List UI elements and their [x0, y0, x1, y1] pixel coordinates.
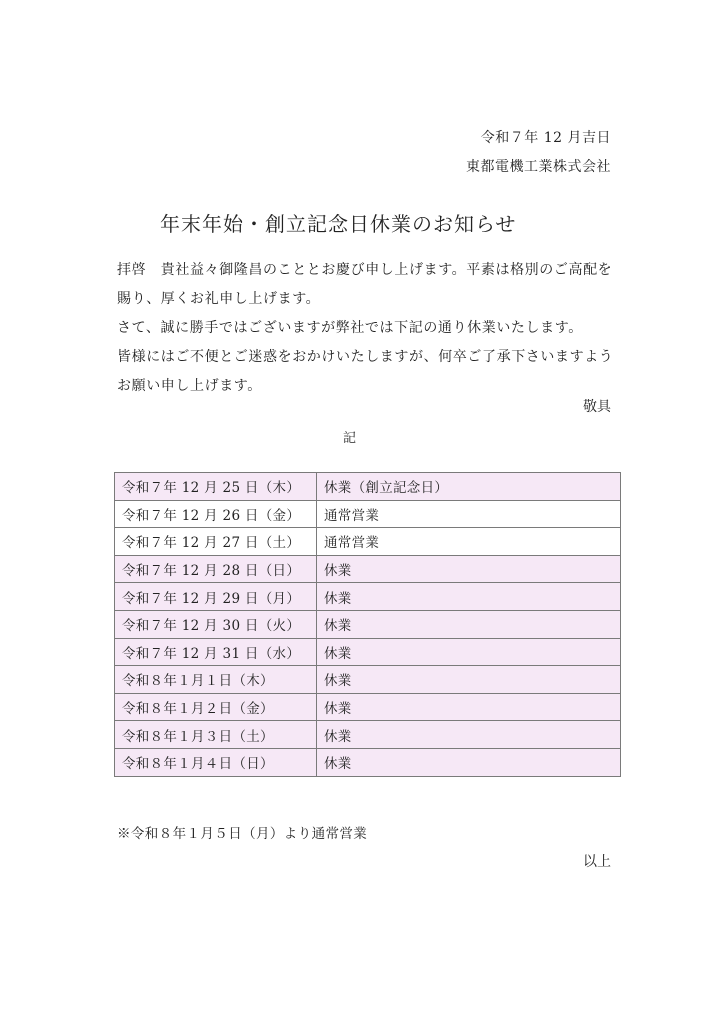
date-cell: 令和８年１月３日（土） — [115, 721, 317, 749]
table-row: 令和７年 12 月 27 日（土） 通常営業 — [115, 528, 621, 556]
issue-date: 令和７年 12 月吉日 — [481, 127, 611, 147]
status-cell: 休業 — [317, 555, 621, 583]
holiday-schedule-table: 令和７年 12 月 25 日（木） 休業（創立記念日） 令和７年 12 月 26… — [114, 472, 621, 777]
company-name: 東都電機工業株式会社 — [466, 156, 611, 176]
body-line: お願い申し上げます。 — [117, 372, 617, 401]
body-line: 皆様にはご不便とご迷惑をおかけいたしますが、何卒ご了承下さいますよう — [117, 343, 617, 372]
date-cell: 令和７年 12 月 30 日（火） — [115, 610, 317, 638]
date-cell: 令和７年 12 月 27 日（土） — [115, 528, 317, 556]
date-cell: 令和８年１月４日（日） — [115, 748, 317, 776]
date-cell: 令和７年 12 月 31 日（水） — [115, 638, 317, 666]
table-row: 令和７年 12 月 29 日（月） 休業 — [115, 583, 621, 611]
status-cell: 休業 — [317, 693, 621, 721]
table-row: 令和８年１月３日（土） 休業 — [115, 721, 621, 749]
body-line: 拝啓 貴社益々御隆昌のこととお慶び申し上げます。平素は格別のご高配を — [117, 256, 617, 285]
table-row: 令和８年１月１日（木） 休業 — [115, 666, 621, 694]
body-line: さて、誠に勝手ではございますが弊社では下記の通り休業いたします。 — [117, 314, 617, 343]
date-cell: 令和８年１月２日（金） — [115, 693, 317, 721]
table-row: 令和７年 12 月 25 日（木） 休業（創立記念日） — [115, 473, 621, 501]
table-row: 令和７年 12 月 30 日（火） 休業 — [115, 610, 621, 638]
status-cell: 休業 — [317, 666, 621, 694]
closing-keigu: 敬具 — [583, 396, 611, 416]
status-cell: 休業（創立記念日） — [317, 473, 621, 501]
status-cell: 休業 — [317, 748, 621, 776]
table-row: 令和７年 12 月 26 日（金） 通常営業 — [115, 500, 621, 528]
status-cell: 休業 — [317, 583, 621, 611]
greeting-body: 拝啓 貴社益々御隆昌のこととお慶び申し上げます。平素は格別のご高配を 賜り、厚く… — [117, 256, 617, 401]
closing-ijou: 以上 — [583, 851, 611, 871]
status-cell: 休業 — [317, 610, 621, 638]
date-cell: 令和７年 12 月 25 日（木） — [115, 473, 317, 501]
resume-note: ※令和８年１月５日（月）より通常営業 — [117, 822, 367, 842]
table-row: 令和８年１月２日（金） 休業 — [115, 693, 621, 721]
status-cell: 休業 — [317, 721, 621, 749]
status-cell: 通常営業 — [317, 500, 621, 528]
date-cell: 令和７年 12 月 28 日（日） — [115, 555, 317, 583]
status-cell: 休業 — [317, 638, 621, 666]
page-title: 年末年始・創立記念日休業のお知らせ — [160, 208, 516, 237]
ki-heading: 記 — [343, 427, 356, 446]
table-row: 令和７年 12 月 28 日（日） 休業 — [115, 555, 621, 583]
table-row: 令和８年１月４日（日） 休業 — [115, 748, 621, 776]
date-cell: 令和７年 12 月 26 日（金） — [115, 500, 317, 528]
date-cell: 令和８年１月１日（木） — [115, 666, 317, 694]
table-row: 令和７年 12 月 31 日（水） 休業 — [115, 638, 621, 666]
body-line: 賜り、厚くお礼申し上げます。 — [117, 285, 617, 314]
date-cell: 令和７年 12 月 29 日（月） — [115, 583, 317, 611]
status-cell: 通常営業 — [317, 528, 621, 556]
